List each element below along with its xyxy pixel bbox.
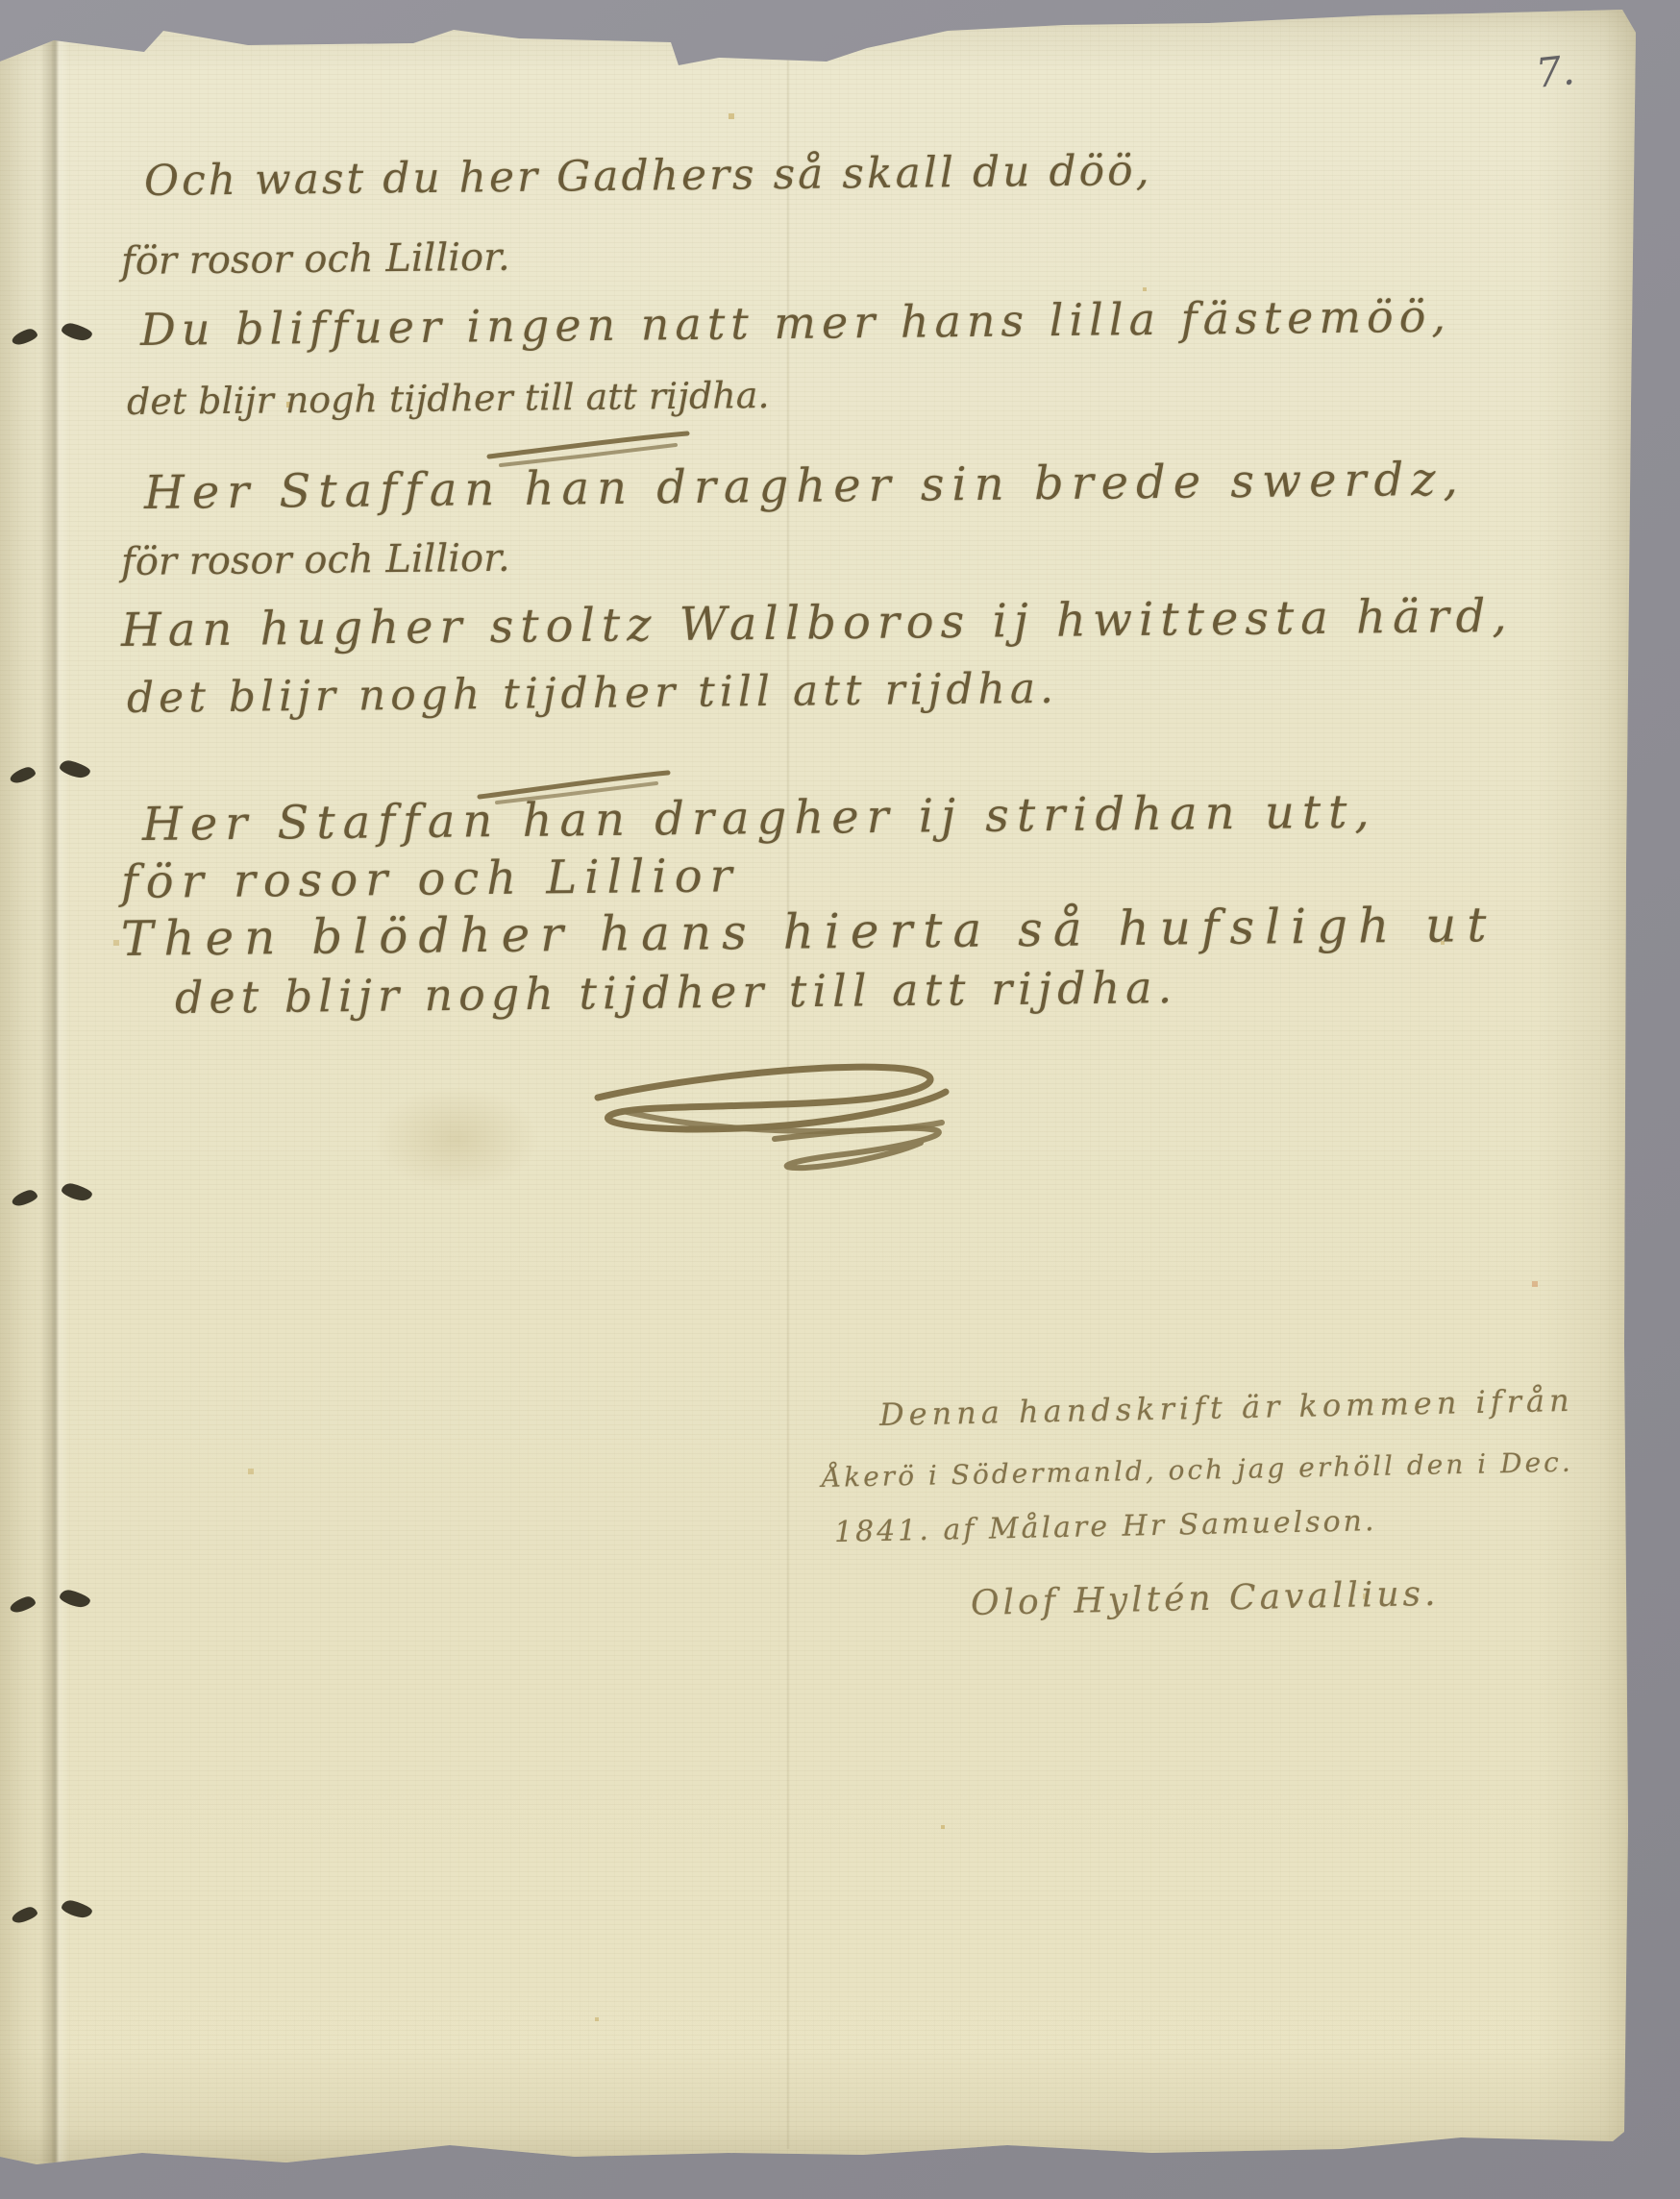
poem-line: för rosor och Lillior. [121,238,510,281]
page-number: 7. [1534,46,1577,97]
manuscript-page: 7. Och wast du her Gadhers så skall du d… [0,0,1680,2199]
stitch-hole [9,765,37,785]
poem-line: det blijr nogh tijdher till att rijdha. [127,668,1058,720]
poem-line: Then blödher hans hierta så hufsligh ut [121,901,1497,963]
stitch-hole [11,327,39,347]
paper-fiber-specks [0,0,2,2]
poem-line: för rosor och Lillior. [121,539,510,581]
poem-line: Han hugher stoltz Wallboros ij hwittesta… [121,593,1514,654]
binding-fold [40,29,69,2164]
poem-line: det blijr nogh tijdher till att rijdha. [127,377,770,420]
note-line: Denna handskrift är kommen ifrån [879,1385,1574,1430]
paper-stain [375,1086,538,1192]
poem-line: Du bliffuer ingen natt mer hans lilla fä… [140,294,1451,352]
stitch-hole [9,1594,37,1615]
note-line: 1841. af Målare Hr Samuelson. [834,1507,1377,1547]
poem-line: det blijr nogh tijdher till att rijdha. [175,965,1178,1020]
poem-line: för rosor och Lillior [121,852,740,905]
poem-line: Her Staffan han dragher sin brede swerdz… [144,457,1466,516]
stitch-hole [11,1188,39,1208]
note-line: Åkerö i Södermanld, och jag erhöll den i… [822,1449,1573,1492]
poem-line: Och wast du her Gadhers så skall du döö, [144,150,1152,203]
poem-line: Her Staffan han dragher ij stridhan utt, [142,789,1377,848]
scan-backdrop: { "colors": { "backdrop": "#8f8e95", "pa… [0,0,1680,2199]
stitch-hole [11,1905,39,1925]
signature: Olof Hyltén Cavallius. [971,1577,1440,1621]
ink-paraph-flourish [584,1044,959,1164]
